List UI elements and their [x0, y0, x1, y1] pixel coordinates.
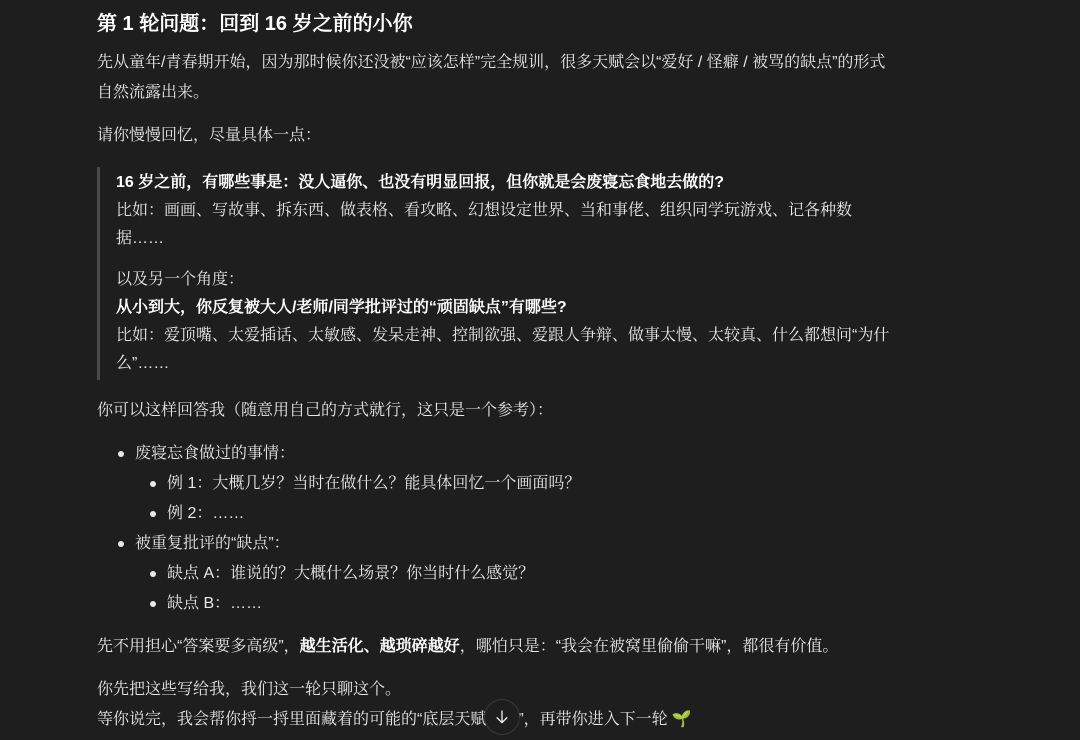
seedling-emoji: 🌱 [672, 711, 692, 728]
scroll-to-bottom-button[interactable] [484, 699, 520, 735]
list-item-label: 被重复批评的“缺点”： [135, 535, 290, 552]
arrow-down-icon [493, 708, 511, 726]
value-note-paragraph: 先不用担心“答案要多高级”，越生活化、越琐碎越好，哪怕只是：“我会在被窝里偷偷干… [97, 632, 897, 662]
list-item: 被重复批评的“缺点”： 缺点 A：谁说的？大概什么场景？你当时什么感觉？ 缺点 … [135, 529, 897, 619]
quote-question-2: 从小到大，你反复被大人/老师/同学批评过的“顽固缺点”有哪些? [116, 299, 567, 316]
list-item-label: 废寝忘食做过的事情： [135, 445, 295, 462]
answer-template-list: 废寝忘食做过的事情： 例 1：大概几岁？当时在做什么？能具体回忆一个画面吗？ 例… [97, 439, 897, 619]
nested-list: 缺点 A：谁说的？大概什么场景？你当时什么感觉？ 缺点 B：…… [135, 559, 897, 619]
closing-line-2: 等你说完，我会帮你捋一捋里面藏着的可能的“底层天赋线索”，再带你进入下一轮 [97, 711, 668, 728]
quote-paragraph-1: 16 岁之前，有哪些事是：没人逼你、也没有明显回报，但你就是会废寝忘食地去做的?… [116, 169, 897, 253]
message-heading: 第 1 轮问题：回到 16 岁之前的小你 [97, 10, 897, 38]
question-blockquote: 16 岁之前，有哪些事是：没人逼你、也没有明显回报，但你就是会废寝忘食地去做的?… [97, 167, 897, 380]
assistant-message: 第 1 轮问题：回到 16 岁之前的小你 先从童年/青春期开始，因为那时候你还没… [97, 10, 897, 740]
nested-list: 例 1：大概几岁？当时在做什么？能具体回忆一个画面吗？ 例 2：…… [135, 469, 897, 529]
recall-prompt-paragraph: 请你慢慢回忆，尽量具体一点： [97, 121, 897, 151]
value-note-post: ，哪怕只是：“我会在被窝里偷偷干嘛”，都很有价值。 [460, 638, 839, 655]
value-note-pre: 先不用担心“答案要多高级”， [97, 638, 300, 655]
list-item: 废寝忘食做过的事情： 例 1：大概几岁？当时在做什么？能具体回忆一个画面吗？ 例… [135, 439, 897, 529]
list-item: 缺点 A：谁说的？大概什么场景？你当时什么感觉？ [167, 559, 897, 589]
closing-line-1: 你先把这些写给我，我们这一轮只聊这个。 [97, 681, 401, 698]
value-note-bold: 越生活化、越琐碎越好 [300, 638, 460, 655]
intro-paragraph: 先从童年/青春期开始，因为那时候你还没被“应该怎样”完全规训，很多天赋会以“爱好… [97, 48, 897, 108]
list-item: 例 2：…… [167, 499, 897, 529]
quote-examples-1: 比如：画画、写故事、拆东西、做表格、看攻略、幻想设定世界、当和事佬、组织同学玩游… [116, 202, 852, 247]
list-item: 缺点 B：…… [167, 589, 897, 619]
quote-question-1: 16 岁之前，有哪些事是：没人逼你、也没有明显回报，但你就是会废寝忘食地去做的? [116, 174, 724, 191]
list-item: 例 1：大概几岁？当时在做什么？能具体回忆一个画面吗？ [167, 469, 897, 499]
quote-lead-2: 以及另一个角度： [116, 271, 244, 288]
quote-paragraph-2: 以及另一个角度： 从小到大，你反复被大人/老师/同学批评过的“顽固缺点”有哪些?… [116, 266, 897, 378]
quote-examples-2: 比如：爱顶嘴、太爱插话、太敏感、发呆走神、控制欲强、爱跟人争辩、做事太慢、太较真… [116, 327, 889, 372]
answer-hint-paragraph: 你可以这样回答我（随意用自己的方式就行，这只是一个参考）： [97, 396, 897, 426]
chat-page: { "colors": { "background": "#1e1e1e", "… [0, 0, 1080, 740]
